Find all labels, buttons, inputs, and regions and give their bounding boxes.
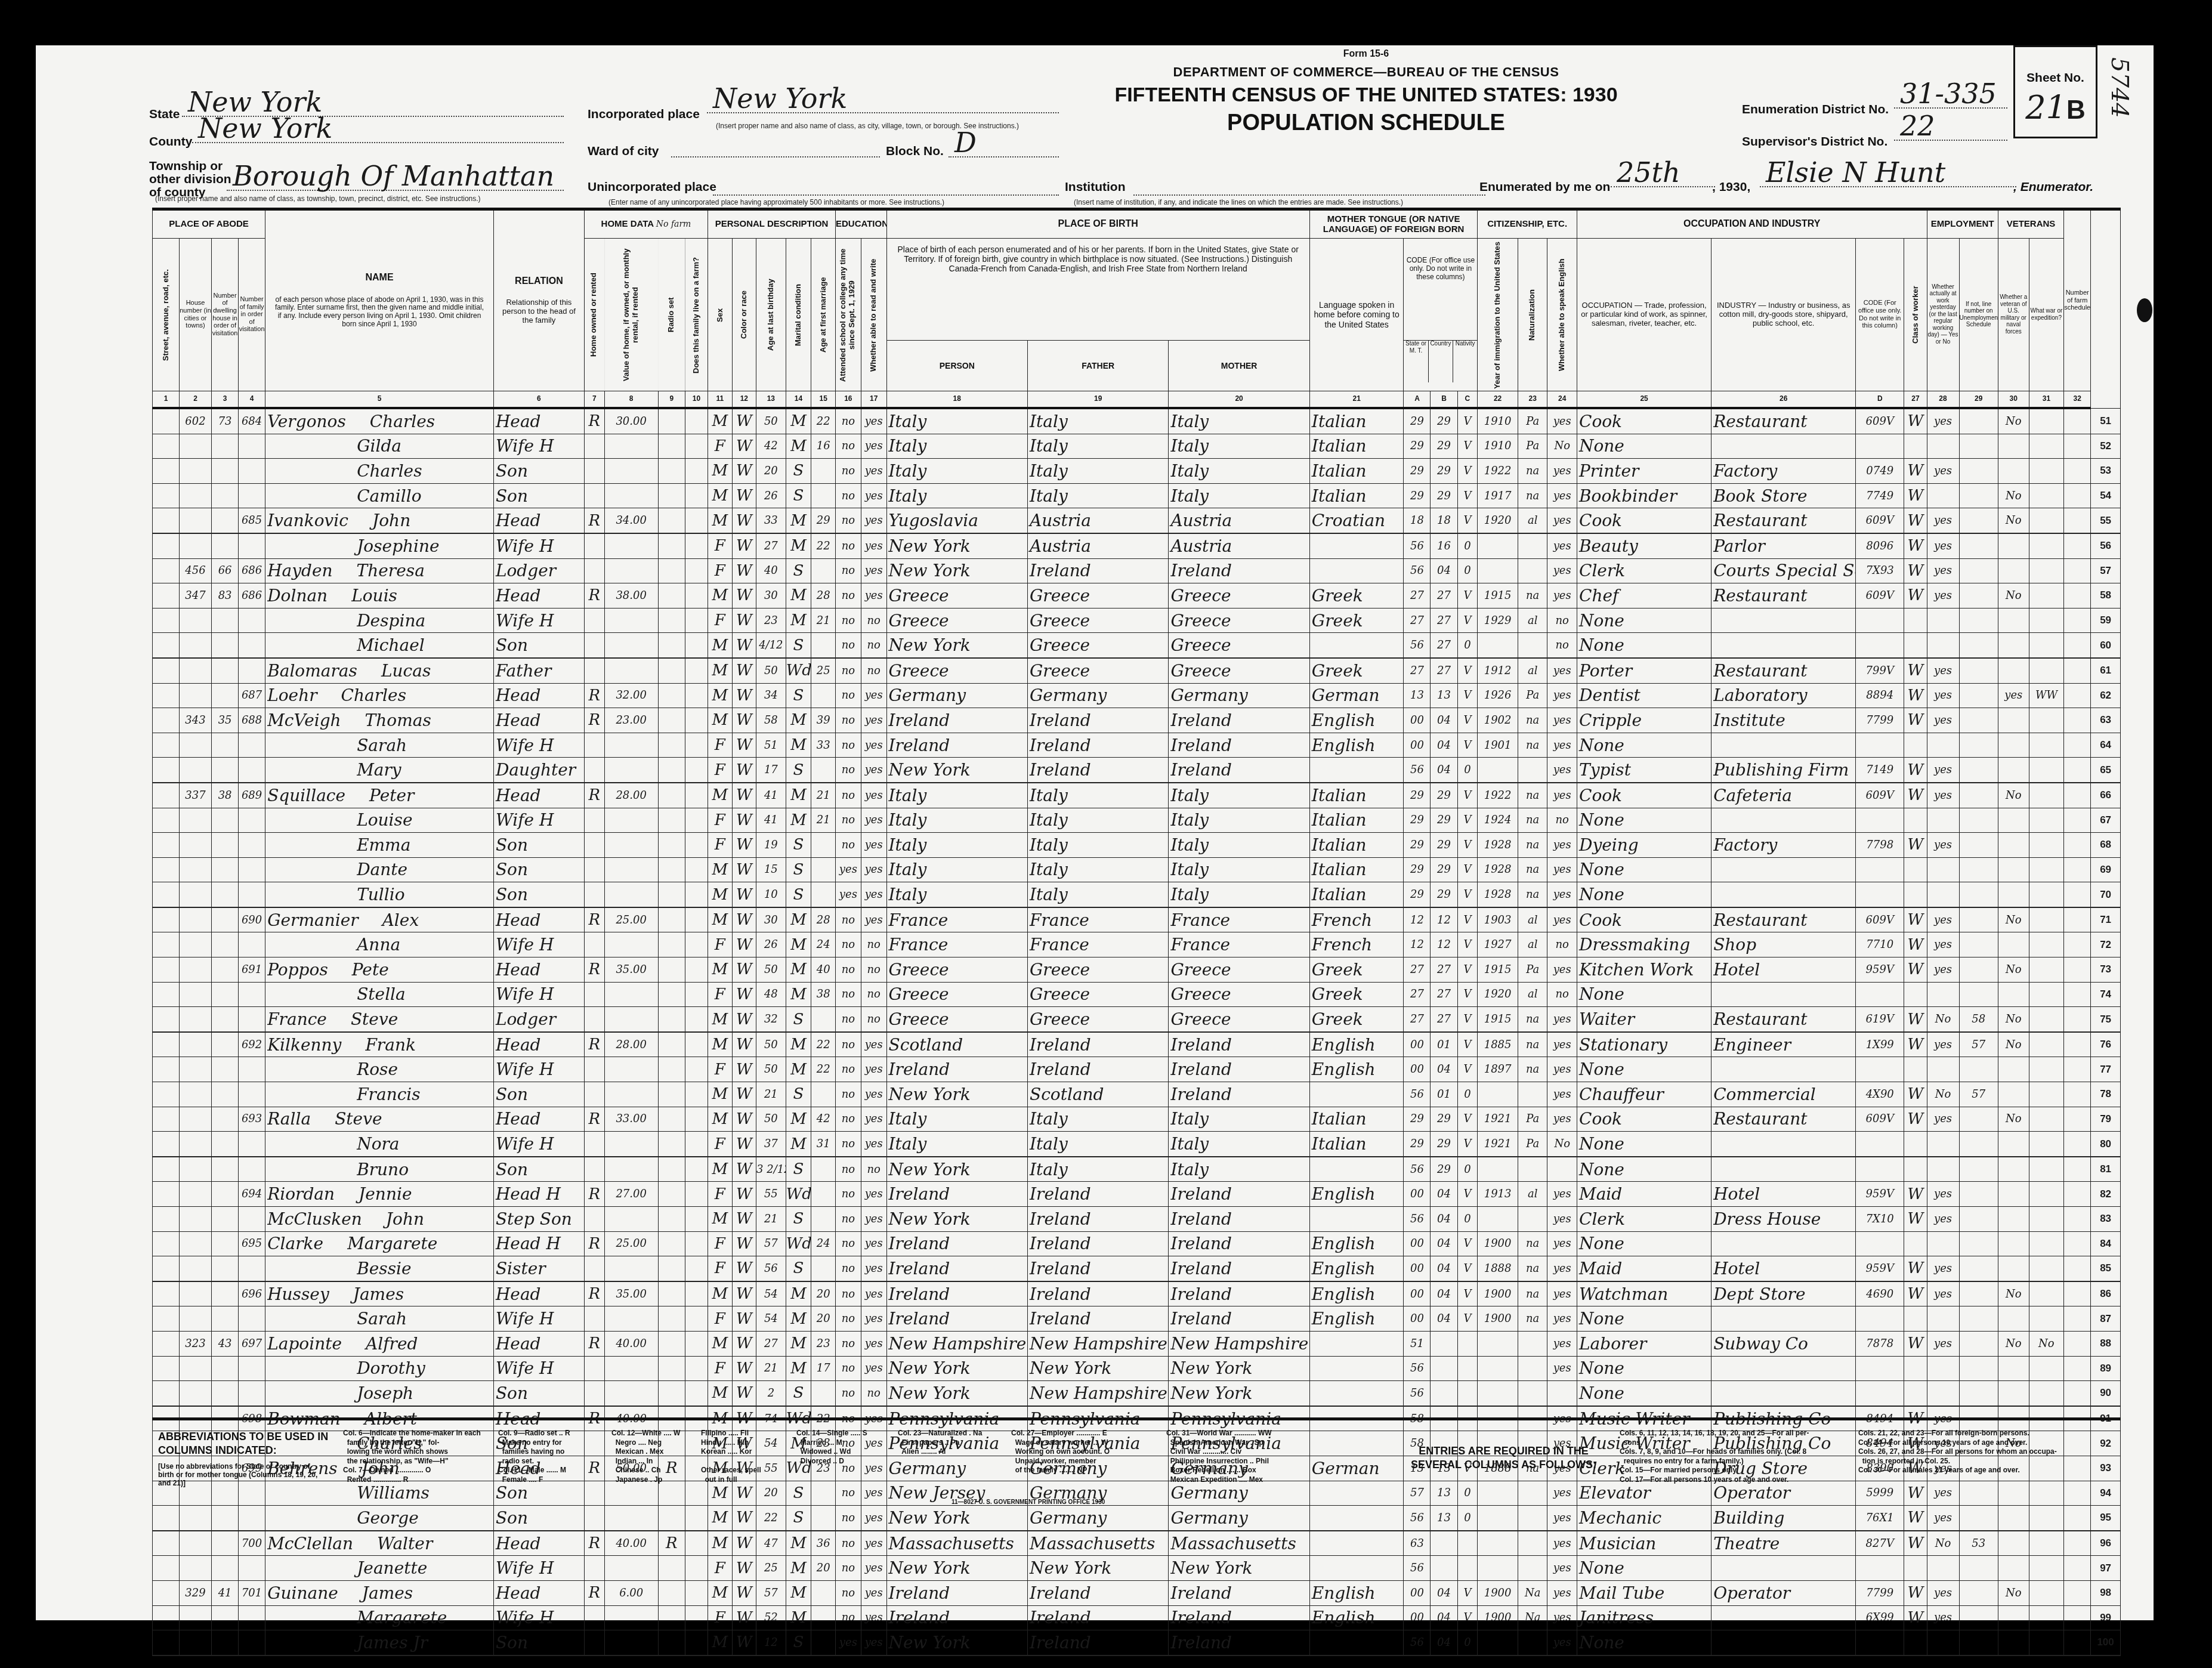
owned-rented-cell[interactable]	[584, 1007, 604, 1032]
war-cell[interactable]	[2029, 1082, 2064, 1107]
race-cell[interactable]: W	[732, 583, 756, 608]
naturalization-cell[interactable]: Pa	[1518, 434, 1547, 459]
code-b-cell[interactable]: 27	[1431, 583, 1457, 608]
street-cell[interactable]	[153, 882, 180, 907]
code-a-cell[interactable]: 27	[1404, 658, 1431, 683]
code-c-cell[interactable]: V	[1457, 1281, 1478, 1306]
relation-cell[interactable]: Son	[493, 1157, 584, 1182]
immigration-year-cell[interactable]	[1478, 1381, 1518, 1406]
code-c-cell[interactable]: 0	[1457, 758, 1478, 783]
occupation-code-cell[interactable]	[1856, 1057, 1904, 1082]
naturalization-cell[interactable]	[1518, 1331, 1547, 1356]
immigration-year-cell[interactable]: 1921	[1478, 1132, 1518, 1157]
farm-schedule-cell[interactable]	[2064, 1306, 2091, 1332]
sex-cell[interactable]: F	[708, 1556, 733, 1581]
birthplace-father-cell[interactable]: Italy	[1027, 1107, 1168, 1132]
war-cell[interactable]	[2029, 533, 2064, 558]
owned-rented-cell[interactable]: R	[584, 1182, 604, 1207]
code-b-cell[interactable]: 04	[1431, 1580, 1457, 1605]
age-cell[interactable]: 52	[756, 1605, 786, 1630]
naturalization-cell[interactable]: al	[1518, 608, 1547, 633]
age-cell[interactable]: 27	[756, 1331, 786, 1356]
farm-schedule-cell[interactable]	[2064, 1531, 2091, 1556]
occupation-code-cell[interactable]: 7710	[1856, 932, 1904, 957]
dwelling-number-cell[interactable]	[212, 533, 239, 558]
school-cell[interactable]: no	[835, 758, 861, 783]
code-b-cell[interactable]: 04	[1431, 1306, 1457, 1332]
war-cell[interactable]: No	[2029, 1331, 2064, 1356]
birthplace-father-cell[interactable]: Germany	[1027, 683, 1168, 708]
farm-schedule-cell[interactable]	[2064, 1331, 2091, 1356]
industry-cell[interactable]: Hotel	[1711, 1182, 1856, 1207]
age-first-marriage-cell[interactable]	[811, 1580, 836, 1605]
at-work-cell[interactable]: yes	[1927, 907, 1959, 932]
radio-cell[interactable]	[658, 608, 685, 633]
house-number-cell[interactable]	[180, 658, 212, 683]
age-cell[interactable]: 32	[756, 1007, 786, 1032]
naturalization-cell[interactable]: al	[1518, 907, 1547, 932]
dwelling-number-cell[interactable]: 73	[212, 408, 239, 434]
mother-tongue-cell[interactable]: Croatian	[1309, 508, 1404, 533]
at-work-cell[interactable]	[1927, 808, 1959, 833]
race-cell[interactable]: W	[732, 1531, 756, 1556]
sex-cell[interactable]: M	[708, 783, 733, 808]
marital-cell[interactable]: S	[786, 1630, 811, 1655]
industry-cell[interactable]: Cafeteria	[1711, 783, 1856, 808]
unemployment-line-cell[interactable]	[1959, 882, 1998, 907]
code-a-cell[interactable]: 27	[1404, 1007, 1431, 1032]
at-work-cell[interactable]	[1927, 1132, 1959, 1157]
industry-cell[interactable]: Restaurant	[1711, 1007, 1856, 1032]
veteran-cell[interactable]	[1998, 833, 2029, 858]
radio-cell[interactable]	[658, 408, 685, 434]
occupation-cell[interactable]: Kitchen Work	[1577, 957, 1711, 983]
war-cell[interactable]	[2029, 1132, 2064, 1157]
occupation-cell[interactable]: Cook	[1577, 1107, 1711, 1132]
industry-cell[interactable]: Hotel	[1711, 957, 1856, 983]
at-work-cell[interactable]	[1927, 434, 1959, 459]
immigration-year-cell[interactable]: 1920	[1478, 508, 1518, 533]
farm-cell[interactable]	[685, 1207, 708, 1232]
street-cell[interactable]	[153, 1132, 180, 1157]
school-cell[interactable]: no	[835, 982, 861, 1007]
age-cell[interactable]: 26	[756, 483, 786, 508]
birthplace-person-cell[interactable]: Germany	[886, 683, 1027, 708]
birthplace-mother-cell[interactable]: Greece	[1169, 583, 1309, 608]
family-number-cell[interactable]	[239, 982, 265, 1007]
age-first-marriage-cell[interactable]: 28	[811, 583, 836, 608]
speak-english-cell[interactable]: yes	[1547, 1182, 1577, 1207]
school-cell[interactable]: no	[835, 459, 861, 484]
mother-tongue-cell[interactable]: French	[1309, 907, 1404, 932]
speak-english-cell[interactable]: yes	[1547, 1231, 1577, 1256]
immigration-year-cell[interactable]: 1888	[1478, 1256, 1518, 1281]
birthplace-mother-cell[interactable]: Greece	[1169, 982, 1309, 1007]
code-a-cell[interactable]: 00	[1404, 1231, 1431, 1256]
naturalization-cell[interactable]: al	[1518, 1182, 1547, 1207]
line-number-cell[interactable]: 89	[2091, 1356, 2121, 1381]
naturalization-cell[interactable]: al	[1518, 982, 1547, 1007]
naturalization-cell[interactable]: na	[1518, 733, 1547, 758]
unemployment-line-cell[interactable]: 57	[1959, 1082, 1998, 1107]
unemployment-line-cell[interactable]	[1959, 1182, 1998, 1207]
industry-cell[interactable]: Factory	[1711, 459, 1856, 484]
speak-english-cell[interactable]: yes	[1547, 558, 1577, 583]
age-first-marriage-cell[interactable]	[811, 1256, 836, 1281]
read-write-cell[interactable]: yes	[861, 583, 886, 608]
class-of-worker-cell[interactable]	[1904, 1381, 1927, 1406]
industry-cell[interactable]	[1711, 1630, 1856, 1655]
school-cell[interactable]: no	[835, 1207, 861, 1232]
unemployment-line-cell[interactable]	[1959, 1256, 1998, 1281]
school-cell[interactable]: no	[835, 583, 861, 608]
veteran-cell[interactable]	[1998, 459, 2029, 484]
home-value-cell[interactable]	[604, 558, 658, 583]
farm-schedule-cell[interactable]	[2064, 683, 2091, 708]
veteran-cell[interactable]: No	[1998, 483, 2029, 508]
occupation-code-cell[interactable]: 609V	[1856, 408, 1904, 434]
race-cell[interactable]: W	[732, 1605, 756, 1630]
sheet-number[interactable]: 21	[2025, 89, 2066, 126]
speak-english-cell[interactable]	[1547, 1157, 1577, 1182]
sex-cell[interactable]: F	[708, 1256, 733, 1281]
relation-cell[interactable]: Wife H	[493, 808, 584, 833]
age-first-marriage-cell[interactable]	[811, 758, 836, 783]
industry-cell[interactable]: Restaurant	[1711, 508, 1856, 533]
relation-cell[interactable]: Wife H	[493, 1306, 584, 1332]
line-number-cell[interactable]: 78	[2091, 1082, 2121, 1107]
naturalization-cell[interactable]: na	[1518, 1306, 1547, 1332]
unemployment-line-cell[interactable]: 58	[1959, 1007, 1998, 1032]
race-cell[interactable]: W	[732, 1306, 756, 1332]
family-number-cell[interactable]	[239, 1057, 265, 1082]
unemployment-line-cell[interactable]	[1959, 434, 1998, 459]
family-number-cell[interactable]	[239, 1556, 265, 1581]
age-cell[interactable]: 4/12	[756, 633, 786, 658]
veteran-cell[interactable]	[1998, 1605, 2029, 1630]
house-number-cell[interactable]	[180, 1256, 212, 1281]
home-value-cell[interactable]	[604, 434, 658, 459]
speak-english-cell[interactable]: yes	[1547, 1256, 1577, 1281]
marital-cell[interactable]: M	[786, 1032, 811, 1057]
mother-tongue-cell[interactable]	[1309, 1381, 1404, 1406]
farm-cell[interactable]	[685, 1107, 708, 1132]
occupation-code-cell[interactable]: 609V	[1856, 508, 1904, 533]
at-work-cell[interactable]: yes	[1927, 683, 1959, 708]
house-number-cell[interactable]	[180, 533, 212, 558]
radio-cell[interactable]: R	[658, 1531, 685, 1556]
marital-cell[interactable]: M	[786, 957, 811, 983]
class-of-worker-cell[interactable]: W	[1904, 1281, 1927, 1306]
age-first-marriage-cell[interactable]	[811, 1082, 836, 1107]
school-cell[interactable]: no	[835, 434, 861, 459]
relation-cell[interactable]: Wife H	[493, 608, 584, 633]
line-number-cell[interactable]: 76	[2091, 1032, 2121, 1057]
street-cell[interactable]	[153, 1157, 180, 1182]
unemployment-line-cell[interactable]	[1959, 932, 1998, 957]
birthplace-person-cell[interactable]: New Hampshire	[886, 1331, 1027, 1356]
home-value-cell[interactable]	[604, 1381, 658, 1406]
relation-cell[interactable]: Lodger	[493, 558, 584, 583]
age-first-marriage-cell[interactable]	[811, 1605, 836, 1630]
industry-cell[interactable]	[1711, 1556, 1856, 1581]
veteran-cell[interactable]: No	[1998, 1107, 2029, 1132]
read-write-cell[interactable]: yes	[861, 1032, 886, 1057]
relation-cell[interactable]: Wife H	[493, 1132, 584, 1157]
farm-cell[interactable]	[685, 1580, 708, 1605]
veteran-cell[interactable]	[1998, 1306, 2029, 1332]
family-number-cell[interactable]	[239, 1082, 265, 1107]
sex-cell[interactable]: F	[708, 758, 733, 783]
occupation-code-cell[interactable]: 609V	[1856, 1107, 1904, 1132]
mother-tongue-cell[interactable]: English	[1309, 1281, 1404, 1306]
school-cell[interactable]: no	[835, 1556, 861, 1581]
block-field[interactable]: D	[949, 129, 1059, 157]
at-work-cell[interactable]: yes	[1927, 1032, 1959, 1057]
class-of-worker-cell[interactable]: W	[1904, 1082, 1927, 1107]
school-cell[interactable]: no	[835, 1057, 861, 1082]
age-first-marriage-cell[interactable]	[811, 857, 836, 882]
radio-cell[interactable]	[658, 1630, 685, 1655]
name-cell[interactable]: Michael	[265, 633, 494, 658]
race-cell[interactable]: W	[732, 1580, 756, 1605]
read-write-cell[interactable]: no	[861, 1007, 886, 1032]
occupation-code-cell[interactable]: 619V	[1856, 1007, 1904, 1032]
farm-schedule-cell[interactable]	[2064, 907, 2091, 932]
family-number-cell[interactable]	[239, 1007, 265, 1032]
birthplace-person-cell[interactable]: New York	[886, 1207, 1027, 1232]
dwelling-number-cell[interactable]	[212, 1132, 239, 1157]
race-cell[interactable]: W	[732, 982, 756, 1007]
occupation-cell[interactable]: None	[1577, 1381, 1711, 1406]
unemployment-line-cell[interactable]	[1959, 1605, 1998, 1630]
occupation-code-cell[interactable]: 4X90	[1856, 1082, 1904, 1107]
age-first-marriage-cell[interactable]	[811, 633, 836, 658]
birthplace-person-cell[interactable]: New York	[886, 558, 1027, 583]
owned-rented-cell[interactable]: R	[584, 1231, 604, 1256]
immigration-year-cell[interactable]	[1478, 1082, 1518, 1107]
age-first-marriage-cell[interactable]: 40	[811, 957, 836, 983]
age-first-marriage-cell[interactable]: 22	[811, 1057, 836, 1082]
occupation-code-cell[interactable]: 7749	[1856, 483, 1904, 508]
birthplace-mother-cell[interactable]: Italy	[1169, 808, 1309, 833]
home-value-cell[interactable]	[604, 808, 658, 833]
unemployment-line-cell[interactable]	[1959, 633, 1998, 658]
race-cell[interactable]: W	[732, 907, 756, 932]
dwelling-number-cell[interactable]	[212, 1556, 239, 1581]
relation-cell[interactable]: Son	[493, 882, 584, 907]
relation-cell[interactable]: Son	[493, 459, 584, 484]
radio-cell[interactable]	[658, 533, 685, 558]
speak-english-cell[interactable]: yes	[1547, 957, 1577, 983]
naturalization-cell[interactable]: na	[1518, 483, 1547, 508]
family-number-cell[interactable]: 687	[239, 683, 265, 708]
occupation-cell[interactable]: Stationary	[1577, 1032, 1711, 1057]
occupation-code-cell[interactable]: 7X10	[1856, 1207, 1904, 1232]
mother-tongue-cell[interactable]	[1309, 1556, 1404, 1581]
age-first-marriage-cell[interactable]: 21	[811, 608, 836, 633]
dwelling-number-cell[interactable]	[212, 733, 239, 758]
street-cell[interactable]	[153, 982, 180, 1007]
street-cell[interactable]	[153, 1231, 180, 1256]
speak-english-cell[interactable]: yes	[1547, 833, 1577, 858]
sex-cell[interactable]: F	[708, 1306, 733, 1332]
sex-cell[interactable]: F	[708, 1132, 733, 1157]
birthplace-mother-cell[interactable]: Italy	[1169, 483, 1309, 508]
name-cell[interactable]: Camillo	[265, 483, 494, 508]
relation-cell[interactable]: Daughter	[493, 758, 584, 783]
code-b-cell[interactable]: 13	[1431, 683, 1457, 708]
birthplace-mother-cell[interactable]: Ireland	[1169, 1580, 1309, 1605]
immigration-year-cell[interactable]: 1912	[1478, 658, 1518, 683]
home-value-cell[interactable]	[604, 1057, 658, 1082]
birthplace-mother-cell[interactable]: Greece	[1169, 658, 1309, 683]
sex-cell[interactable]: M	[708, 857, 733, 882]
race-cell[interactable]: W	[732, 608, 756, 633]
birthplace-mother-cell[interactable]: New Hampshire	[1169, 1331, 1309, 1356]
veteran-cell[interactable]: No	[1998, 408, 2029, 434]
family-number-cell[interactable]: 694	[239, 1182, 265, 1207]
birthplace-mother-cell[interactable]: Ireland	[1169, 708, 1309, 733]
veteran-cell[interactable]: yes	[1998, 683, 2029, 708]
sex-cell[interactable]: M	[708, 633, 733, 658]
code-b-cell[interactable]: 04	[1431, 1057, 1457, 1082]
name-cell[interactable]: BalomarasLucas	[265, 658, 494, 683]
dwelling-number-cell[interactable]: 38	[212, 783, 239, 808]
farm-schedule-cell[interactable]	[2064, 408, 2091, 434]
age-first-marriage-cell[interactable]: 22	[811, 1032, 836, 1057]
code-c-cell[interactable]	[1457, 1531, 1478, 1556]
class-of-worker-cell[interactable]: W	[1904, 833, 1927, 858]
read-write-cell[interactable]: no	[861, 932, 886, 957]
code-c-cell[interactable]: V	[1457, 1182, 1478, 1207]
marital-cell[interactable]: S	[786, 1157, 811, 1182]
radio-cell[interactable]	[658, 434, 685, 459]
farm-schedule-cell[interactable]	[2064, 982, 2091, 1007]
name-cell[interactable]: Dante	[265, 857, 494, 882]
immigration-year-cell[interactable]: 1922	[1478, 783, 1518, 808]
code-b-cell[interactable]: 16	[1431, 533, 1457, 558]
speak-english-cell[interactable]: yes	[1547, 733, 1577, 758]
code-c-cell[interactable]: 0	[1457, 633, 1478, 658]
township-field[interactable]: Borough Of Manhattan	[227, 162, 564, 191]
immigration-year-cell[interactable]	[1478, 758, 1518, 783]
street-cell[interactable]	[153, 608, 180, 633]
birthplace-mother-cell[interactable]: Italy	[1169, 434, 1309, 459]
occupation-cell[interactable]: Janitress	[1577, 1605, 1711, 1630]
age-first-marriage-cell[interactable]	[811, 683, 836, 708]
birthplace-person-cell[interactable]: New York	[886, 1630, 1027, 1655]
marital-cell[interactable]: S	[786, 1082, 811, 1107]
class-of-worker-cell[interactable]: W	[1904, 408, 1927, 434]
marital-cell[interactable]: M	[786, 708, 811, 733]
family-number-cell[interactable]: 692	[239, 1032, 265, 1057]
birthplace-father-cell[interactable]: New York	[1027, 1556, 1168, 1581]
code-a-cell[interactable]: 27	[1404, 608, 1431, 633]
occupation-cell[interactable]: Clerk	[1577, 558, 1711, 583]
dwelling-number-cell[interactable]	[212, 1107, 239, 1132]
code-a-cell[interactable]: 56	[1404, 1157, 1431, 1182]
house-number-cell[interactable]	[180, 758, 212, 783]
name-cell[interactable]: Gilda	[265, 434, 494, 459]
occupation-code-cell[interactable]: 609V	[1856, 583, 1904, 608]
occupation-cell[interactable]: None	[1577, 1630, 1711, 1655]
line-number-cell[interactable]: 64	[2091, 733, 2121, 758]
dwelling-number-cell[interactable]	[212, 483, 239, 508]
radio-cell[interactable]	[658, 708, 685, 733]
industry-cell[interactable]: Restaurant	[1711, 583, 1856, 608]
naturalization-cell[interactable]: na	[1518, 1256, 1547, 1281]
home-value-cell[interactable]	[604, 733, 658, 758]
industry-cell[interactable]	[1711, 1057, 1856, 1082]
home-value-cell[interactable]	[604, 857, 658, 882]
street-cell[interactable]	[153, 1605, 180, 1630]
owned-rented-cell[interactable]	[584, 1556, 604, 1581]
immigration-year-cell[interactable]: 1917	[1478, 483, 1518, 508]
dwelling-number-cell[interactable]	[212, 1281, 239, 1306]
street-cell[interactable]	[153, 508, 180, 533]
line-number-cell[interactable]: 63	[2091, 708, 2121, 733]
line-number-cell[interactable]: 100	[2091, 1630, 2121, 1655]
marital-cell[interactable]: S	[786, 1256, 811, 1281]
age-cell[interactable]: 57	[756, 1231, 786, 1256]
class-of-worker-cell[interactable]: W	[1904, 1605, 1927, 1630]
speak-english-cell[interactable]: yes	[1547, 783, 1577, 808]
farm-cell[interactable]	[685, 1157, 708, 1182]
birthplace-mother-cell[interactable]: Germany	[1169, 683, 1309, 708]
age-cell[interactable]: 30	[756, 907, 786, 932]
age-cell[interactable]: 50	[756, 408, 786, 434]
radio-cell[interactable]	[658, 1580, 685, 1605]
radio-cell[interactable]	[658, 808, 685, 833]
dwelling-number-cell[interactable]	[212, 633, 239, 658]
age-first-marriage-cell[interactable]: 33	[811, 733, 836, 758]
owned-rented-cell[interactable]	[584, 932, 604, 957]
sex-cell[interactable]: M	[708, 483, 733, 508]
code-b-cell[interactable]: 29	[1431, 783, 1457, 808]
marital-cell[interactable]: M	[786, 1057, 811, 1082]
unemployment-line-cell[interactable]	[1959, 1630, 1998, 1655]
code-c-cell[interactable]: V	[1457, 857, 1478, 882]
farm-schedule-cell[interactable]	[2064, 459, 2091, 484]
war-cell[interactable]	[2029, 1207, 2064, 1232]
owned-rented-cell[interactable]	[584, 459, 604, 484]
farm-schedule-cell[interactable]	[2064, 1132, 2091, 1157]
naturalization-cell[interactable]: na	[1518, 1281, 1547, 1306]
family-number-cell[interactable]	[239, 1132, 265, 1157]
farm-cell[interactable]	[685, 408, 708, 434]
read-write-cell[interactable]: yes	[861, 833, 886, 858]
class-of-worker-cell[interactable]: W	[1904, 1580, 1927, 1605]
occupation-code-cell[interactable]	[1856, 1231, 1904, 1256]
line-number-cell[interactable]: 67	[2091, 808, 2121, 833]
dwelling-number-cell[interactable]: 66	[212, 558, 239, 583]
line-number-cell[interactable]: 58	[2091, 583, 2121, 608]
farm-cell[interactable]	[685, 1306, 708, 1332]
at-work-cell[interactable]: yes	[1927, 783, 1959, 808]
farm-schedule-cell[interactable]	[2064, 1082, 2091, 1107]
dwelling-number-cell[interactable]	[212, 1032, 239, 1057]
street-cell[interactable]	[153, 1306, 180, 1332]
radio-cell[interactable]	[658, 1057, 685, 1082]
house-number-cell[interactable]	[180, 1082, 212, 1107]
at-work-cell[interactable]: yes	[1927, 558, 1959, 583]
home-value-cell[interactable]	[604, 1605, 658, 1630]
race-cell[interactable]: W	[732, 1157, 756, 1182]
code-c-cell[interactable]: 0	[1457, 533, 1478, 558]
farm-schedule-cell[interactable]	[2064, 1007, 2091, 1032]
home-value-cell[interactable]: 28.00	[604, 783, 658, 808]
